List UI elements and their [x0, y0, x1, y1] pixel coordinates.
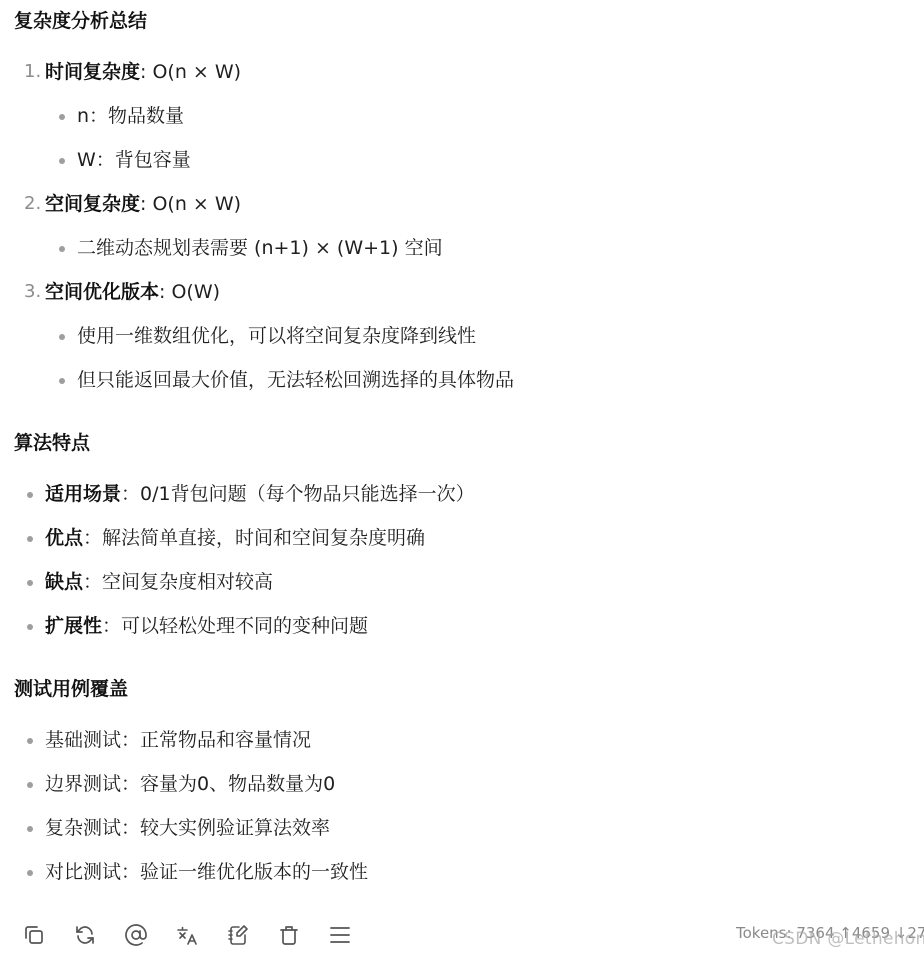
sub-item-text: 但只能返回最大价值，无法轻松回溯选择的具体物品	[77, 368, 514, 392]
bullet-icon	[27, 580, 33, 586]
feature-label: 适用场景	[45, 483, 121, 505]
feature-label: 缺点	[45, 571, 83, 593]
copy-button[interactable]	[20, 921, 48, 949]
item-label: 空间优化版本	[45, 281, 159, 303]
regenerate-button[interactable]	[71, 921, 99, 949]
test-item-text: 对比测试：验证一维优化版本的一致性	[45, 860, 368, 884]
copy-icon	[22, 923, 46, 947]
list-number: 3.	[24, 281, 41, 302]
bullet-icon	[59, 158, 65, 164]
test-item-text: 边界测试：容量为0、物品数量为0	[45, 772, 335, 796]
watermark: CSDN @Lethehong	[772, 929, 924, 949]
section-title-complexity: 复杂度分析总结	[14, 9, 147, 33]
translate-icon	[175, 923, 199, 947]
bullet-icon	[27, 492, 33, 498]
feature-value: ：可以轻松处理不同的变种问题	[102, 615, 368, 637]
bullet-icon	[59, 246, 65, 252]
feature-value: ：空间复杂度相对较高	[83, 571, 273, 593]
test-item-text: 基础测试：正常物品和容量情况	[45, 728, 311, 752]
item-value: : O(n × W)	[140, 61, 241, 83]
bullet-icon	[27, 870, 33, 876]
bullet-icon	[59, 378, 65, 384]
feature-value: ：0/1背包问题（每个物品只能选择一次）	[121, 483, 475, 505]
feature-value: ：解法简单直接，时间和空间复杂度明确	[83, 527, 425, 549]
list-number: 2.	[24, 193, 41, 214]
sub-item-text: W：背包容量	[77, 148, 191, 172]
delete-icon	[277, 923, 301, 947]
menu-icon	[328, 923, 352, 947]
item-label: 时间复杂度	[45, 61, 140, 83]
bullet-icon	[27, 624, 33, 630]
item-label: 空间复杂度	[45, 193, 140, 215]
sub-item-text: 使用一维数组优化，可以将空间复杂度降到线性	[77, 324, 476, 348]
message-toolbar	[20, 920, 377, 950]
bullet-icon	[59, 334, 65, 340]
bullet-icon	[59, 114, 65, 120]
bullet-icon	[27, 536, 33, 542]
item-value: : O(n × W)	[140, 193, 241, 215]
section-title-features: 算法特点	[14, 431, 90, 455]
sub-item-text: 二维动态规划表需要 (n+1) × (W+1) 空间	[77, 236, 443, 260]
sub-item-text: n：物品数量	[77, 104, 184, 128]
bullet-icon	[27, 738, 33, 744]
translate-button[interactable]	[173, 921, 201, 949]
list-number: 1.	[24, 61, 41, 82]
mention-button[interactable]	[122, 921, 150, 949]
bullet-icon	[27, 826, 33, 832]
test-item-text: 复杂测试：较大实例验证算法效率	[45, 816, 330, 840]
edit-note-button[interactable]	[224, 921, 252, 949]
edit-note-icon	[226, 923, 250, 947]
section-title-test-coverage: 测试用例覆盖	[14, 677, 128, 701]
item-value: : O(W)	[159, 281, 220, 303]
feature-label: 优点	[45, 527, 83, 549]
regenerate-icon	[73, 923, 97, 947]
more-menu-button[interactable]	[326, 921, 354, 949]
mention-icon	[124, 923, 148, 947]
feature-label: 扩展性	[45, 615, 102, 637]
delete-button[interactable]	[275, 921, 303, 949]
bullet-icon	[27, 782, 33, 788]
